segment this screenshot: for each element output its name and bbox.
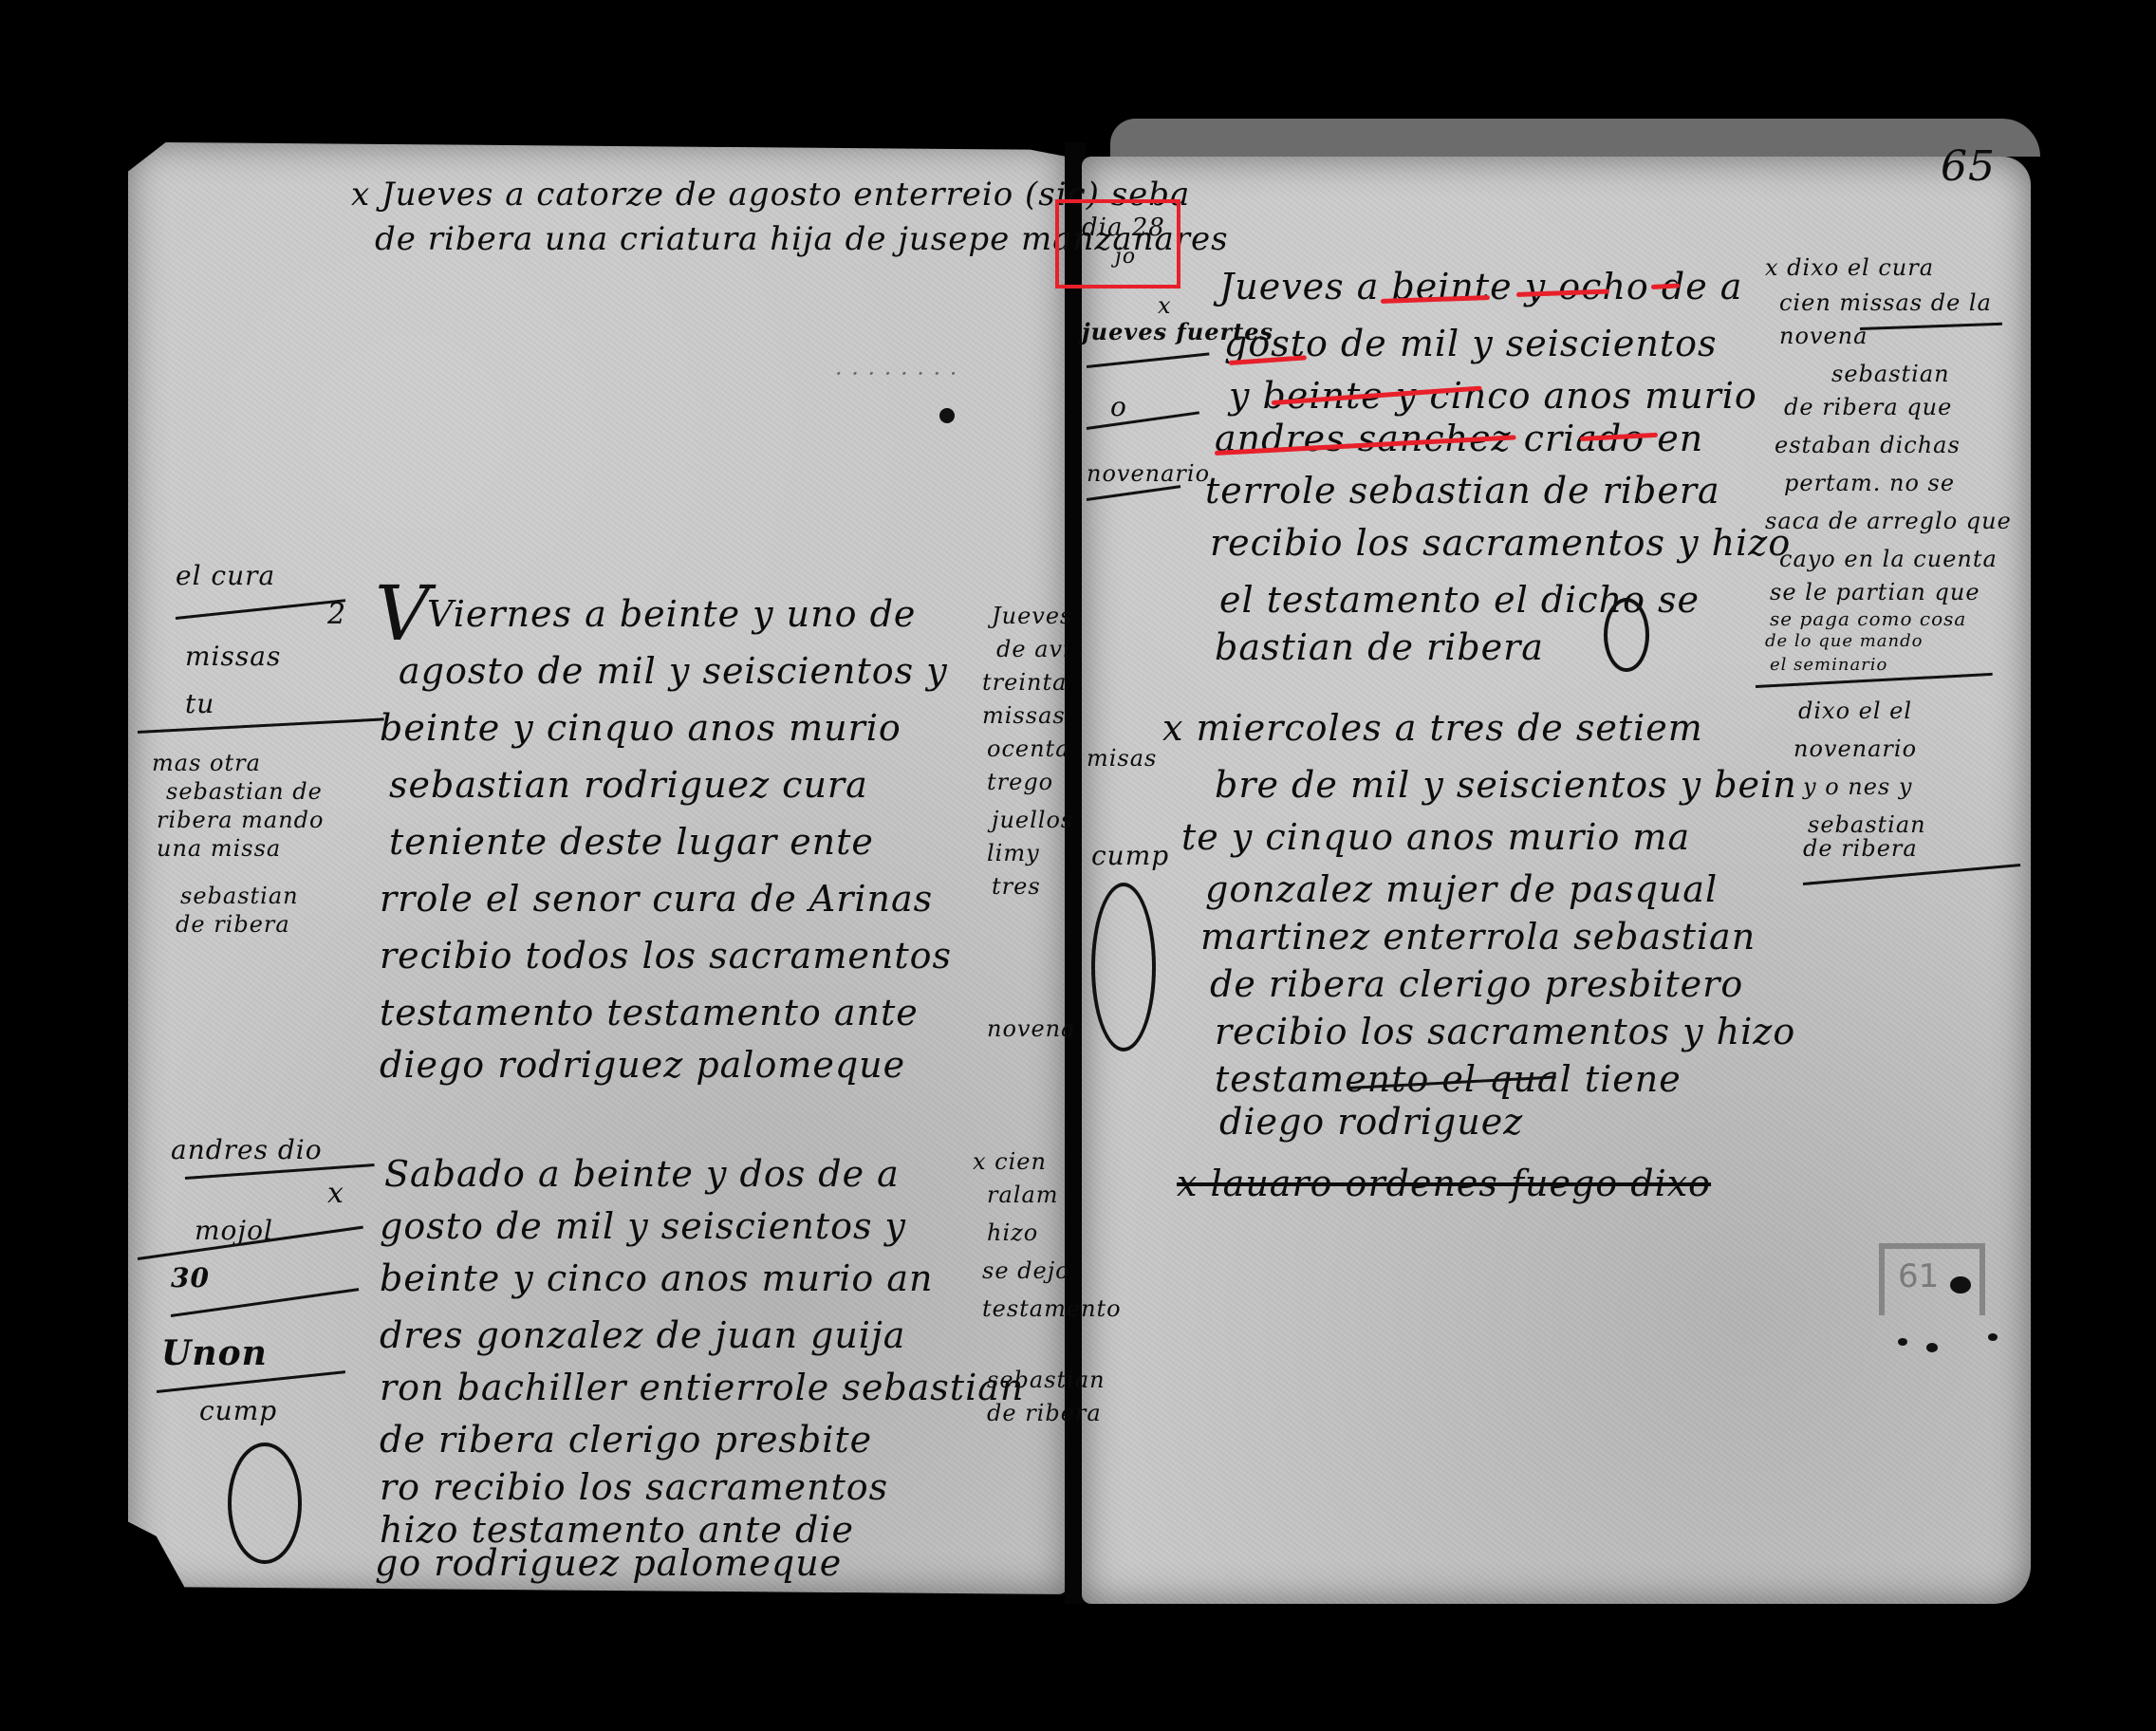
margin-note: Jueves xyxy=(992,603,1072,629)
text-line: beinte y cinco anos murio an xyxy=(380,1257,933,1299)
text-line: diego rodriguez palomeque xyxy=(380,1044,905,1086)
margin-note: de ribera xyxy=(987,1400,1102,1426)
right-page-top-flap xyxy=(1110,119,2040,157)
margin-note: novenario xyxy=(1794,735,1917,762)
margin-note: dixo el el xyxy=(1798,698,1912,724)
text-line: Viernes a beinte y uno de xyxy=(427,593,916,635)
margin-note: estaban dichas xyxy=(1775,432,1961,458)
margin-note: saca de arreglo que xyxy=(1765,508,2012,534)
text-line: recibio los sacramentos y hizo xyxy=(1215,1011,1795,1052)
margin-note: el seminario xyxy=(1770,655,1887,675)
margin-note: se paga como cosa xyxy=(1770,607,1966,630)
margin-note: y o nes y xyxy=(1803,773,1912,800)
text-line: beinte y cinquo anos murio xyxy=(380,707,901,749)
margin-note: cump xyxy=(1091,840,1169,871)
margin-note: de avi xyxy=(996,636,1071,662)
text-line: de ribera clerigo presbite xyxy=(380,1419,872,1461)
margin-note: sebastian xyxy=(1808,811,1926,838)
ink-blot xyxy=(1988,1333,1998,1341)
text-line: recibio todos los sacramentos xyxy=(380,935,952,977)
margin-note: una missa xyxy=(157,835,281,862)
text-line: testamento testamento ante xyxy=(380,992,919,1033)
text-line: te y cinquo anos murio ma xyxy=(1181,816,1690,858)
margin-note: el cura xyxy=(176,560,275,591)
bleed-through-text: · · · · · · · · xyxy=(835,361,957,387)
margin-note: se dejo xyxy=(982,1257,1070,1284)
ink-blot xyxy=(1898,1338,1907,1346)
margin-note: Unon xyxy=(161,1333,268,1373)
text-line: bre de mil y seiscientos y bein xyxy=(1215,764,1797,806)
entry-mark: 2 xyxy=(327,598,346,631)
signature-flourish xyxy=(228,1442,302,1564)
text-line: gonzalez mujer de pasqual xyxy=(1205,868,1718,910)
margin-note: x cien xyxy=(973,1148,1047,1175)
boxed-date-note: jo xyxy=(1115,245,1136,269)
text-line: Sabado a beinte y dos de a xyxy=(384,1153,900,1195)
text-line: martinez enterrola sebastian xyxy=(1200,916,1756,958)
text-line: dres gonzalez de juan guija xyxy=(380,1314,905,1356)
margin-note: se le partian que xyxy=(1770,579,1980,605)
margin-note: tu xyxy=(185,688,214,719)
margin-note: missas xyxy=(185,641,281,672)
entry-mark: x xyxy=(327,1177,344,1210)
margin-note: de ribera xyxy=(176,911,290,938)
text-line: terrole sebastian de ribera xyxy=(1205,470,1720,512)
margin-note: hizo xyxy=(987,1219,1038,1246)
signature-flourish xyxy=(1604,598,1649,672)
margin-note: cump xyxy=(199,1395,277,1426)
text-line: agosto de mil y seiscientos y xyxy=(399,650,948,692)
margin-note: cayo en la cuenta xyxy=(1779,546,1998,572)
margin-note: novena xyxy=(1779,323,1868,349)
text-line: sebastian rodriguez cura xyxy=(389,764,868,806)
margin-note: x dixo el cura xyxy=(1765,254,1934,281)
text-line: go rodriguez palomeque xyxy=(375,1542,842,1584)
margin-note: limy xyxy=(987,840,1040,866)
entry-mark: x xyxy=(1158,292,1172,319)
margin-note: novena xyxy=(987,1015,1075,1042)
margin-note: sebastian xyxy=(1831,361,1950,387)
margin-note: novenario xyxy=(1087,460,1210,487)
margin-note: sebastian de xyxy=(166,778,323,805)
margin-note: ocenta xyxy=(987,735,1070,762)
text-line: ro recibio los sacramentos xyxy=(380,1466,888,1508)
margin-note: de ribera que xyxy=(1784,394,1952,420)
margin-note: treinta xyxy=(982,669,1067,696)
text-line: y beinte y cinco anos murio xyxy=(1229,375,1757,417)
margin-note: trego xyxy=(987,769,1053,795)
margin-note: cien missas de la xyxy=(1779,289,1992,316)
text-line: recibio los sacramentos y hizo xyxy=(1210,522,1791,564)
initial-capital: V xyxy=(375,569,430,658)
margin-note: misas xyxy=(1087,745,1157,772)
margin-note: mas otra xyxy=(152,750,261,776)
signature-flourish xyxy=(1091,883,1156,1052)
page-number: 65 xyxy=(1941,142,1996,191)
margin-note: sebastian xyxy=(180,883,299,909)
margin-note: 30 xyxy=(171,1262,210,1294)
text-line: x miercoles a tres de setiem xyxy=(1162,707,1703,749)
margin-note: juellos xyxy=(992,807,1073,833)
boxed-date-note: dia 28 xyxy=(1082,214,1165,242)
margin-note: o xyxy=(1110,391,1127,422)
text-line: teniente deste lugar ente xyxy=(389,821,874,863)
archive-stamp-number: 61 xyxy=(1898,1257,1939,1295)
margin-note: ralam xyxy=(987,1182,1059,1208)
ink-blot xyxy=(1926,1343,1938,1352)
margin-note: andres dio xyxy=(171,1134,323,1165)
text-line: testamento el qual tiene xyxy=(1215,1058,1682,1100)
text-line: diego rodriguez xyxy=(1219,1101,1523,1143)
margin-note: testamento xyxy=(982,1295,1122,1322)
struck-out-line: x lauaro ordenes fuego dixo xyxy=(1177,1163,1711,1204)
text-line: ron bachiller entierrole sebastian xyxy=(380,1367,1024,1408)
margin-note: ribera mando xyxy=(157,807,324,833)
ink-blot xyxy=(939,408,955,423)
margin-note: sebastian xyxy=(987,1367,1106,1393)
ink-blot xyxy=(1950,1276,1971,1294)
text-line: gosto de mil y seiscientos y xyxy=(380,1205,906,1247)
margin-note: de ribera xyxy=(1803,835,1918,862)
text-line: bastian de ribera xyxy=(1215,626,1544,668)
margin-note: missas xyxy=(982,702,1066,729)
margin-note: de lo que mando xyxy=(1765,631,1923,651)
microfilm-scan: 65 x Jueves a catorze de agosto enterrei… xyxy=(0,0,2156,1731)
margin-note: pertam. no se xyxy=(1784,470,1955,496)
margin-note: tres xyxy=(992,873,1041,900)
text-line: de ribera clerigo presbitero xyxy=(1210,963,1743,1005)
text-line: rrole el senor cura de Arinas xyxy=(380,878,933,920)
